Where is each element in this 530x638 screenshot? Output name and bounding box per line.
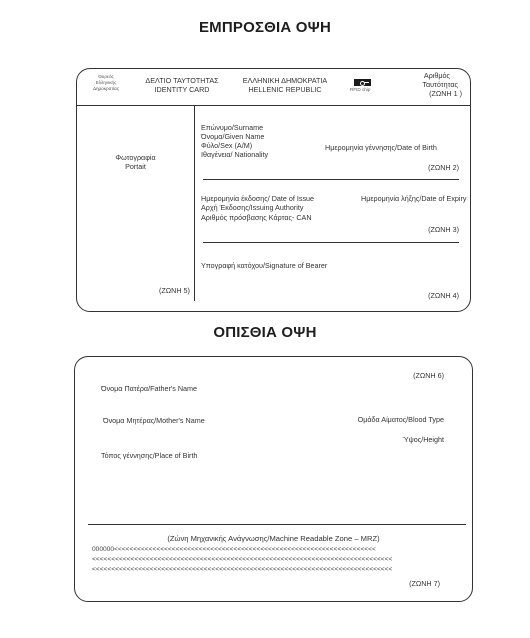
id-number-label-line-1: Αριθμός <box>392 71 462 80</box>
date-of-expiry-field: Ημερομηνία λήξης/Date of Expiry <box>361 194 467 203</box>
signature-field: Υπογραφή κατόχου/Signature of Bearer <box>201 261 327 270</box>
id-number-zone: Αριθμός Ταυτότητας (ΖΩΝΗ 1 ) <box>392 71 462 98</box>
id-number-label-line-2: Ταυτότητας <box>392 80 462 89</box>
zone-4-label: (ΖΩΝΗ 4) <box>428 291 459 300</box>
card-type-english: IDENTITY CARD <box>132 85 232 94</box>
country-greek: ΕΛΛΗΝΙΚΗ ΔΗΜΟΚΡΑΤΙΑ <box>235 76 335 85</box>
zone-3-label: (ΖΩΝΗ 3) <box>428 225 459 234</box>
rfid-chip-icon <box>354 79 371 86</box>
can-field: Αριθμός πρόσβασης Κάρτας- CAN <box>201 213 312 222</box>
zone-6-label: (ΖΩΝΗ 6) <box>413 371 444 380</box>
front-side-heading: ΕΜΠΡΟΣΘΙΑ ΟΨΗ <box>0 19 530 36</box>
id-card-back: (ΖΩΝΗ 6) Όνομα Πατέρα/Father's Name Όνομ… <box>74 356 473 602</box>
father-name-field: Όνομα Πατέρα/Father's Name <box>101 384 197 393</box>
rfid-chip-label: RFID chip <box>350 87 370 93</box>
blood-type-field: Ομάδα Αίματος/Blood Type <box>358 415 444 424</box>
coat-of-arms-line-3: Δημοκρατίας <box>85 86 127 92</box>
country-english: HELLENIC REPUBLIC <box>235 85 335 94</box>
nationality-field: Ιθαγένεια/ Nationality <box>201 150 268 159</box>
mrz-divider <box>88 524 466 525</box>
coat-of-arms-placeholder: Θυρεός Ελληνικής Δημοκρατίας <box>85 74 127 91</box>
zone-2-divider <box>203 179 459 180</box>
zone-5-label: (ΖΩΝΗ 5) <box>159 286 190 295</box>
zone-1-label: (ΖΩΝΗ 1 ) <box>392 89 462 98</box>
photo-placeholder: Φωτογραφία Portait <box>77 153 194 171</box>
card-type-greek: ΔΕΛΤΙΟ ΤΑΥΤΟΤΗΤΑΣ <box>132 76 232 85</box>
given-name-field: Όνομα/Given Name <box>201 132 264 141</box>
country-label: ΕΛΛΗΝΙΚΗ ΔΗΜΟΚΡΑΤΙΑ HELLENIC REPUBLIC <box>235 76 335 94</box>
sex-field: Φύλο/Sex (Α/Μ) <box>201 141 252 150</box>
photo-divider <box>194 105 195 301</box>
zone-7-label: (ΖΩΝΗ 7) <box>409 579 440 588</box>
date-of-issue-field: Ημερομηνία έκδοσης/ Date of Issue <box>201 194 314 203</box>
zone-2-label: (ΖΩΝΗ 2) <box>428 163 459 172</box>
height-field: Ύψος/Height <box>402 435 444 444</box>
photo-label-english: Portait <box>77 162 194 171</box>
mrz-line-1: 000000<<<<<<<<<<<<<<<<<<<<<<<<<<<<<<<<<<… <box>92 545 460 555</box>
id-card-front: Θυρεός Ελληνικής Δημοκρατίας ΔΕΛΤΙΟ ΤΑΥΤ… <box>76 68 471 312</box>
mrz-title: (Ζώνη Μηχανικής Ανάγνωσης/Machine Readab… <box>75 534 472 543</box>
place-of-birth-field: Τόπος γέννησης/Place of Birth <box>101 451 197 460</box>
mrz-line-3: <<<<<<<<<<<<<<<<<<<<<<<<<<<<<<<<<<<<<<<<… <box>92 565 460 575</box>
mrz-line-2: <<<<<<<<<<<<<<<<<<<<<<<<<<<<<<<<<<<<<<<<… <box>92 555 460 565</box>
date-of-birth-field: Ημερομηνία γέννησης/Date of Birth <box>325 143 437 152</box>
mother-name-field: Όνομα Μητέρας/Mother's Name <box>103 416 205 425</box>
back-side-heading: ΟΠΙΣΘΙΑ ΟΨΗ <box>0 324 530 341</box>
card-type-label: ΔΕΛΤΙΟ ΤΑΥΤΟΤΗΤΑΣ IDENTITY CARD <box>132 76 232 94</box>
issuing-authority-field: Αρχή Έκδοσης/Issuing Authority <box>201 203 303 212</box>
header-divider <box>77 105 470 106</box>
photo-label-greek: Φωτογραφία <box>77 153 194 162</box>
zone-3-divider <box>203 242 459 243</box>
surname-field: Επώνυμο/Surname <box>201 123 263 132</box>
